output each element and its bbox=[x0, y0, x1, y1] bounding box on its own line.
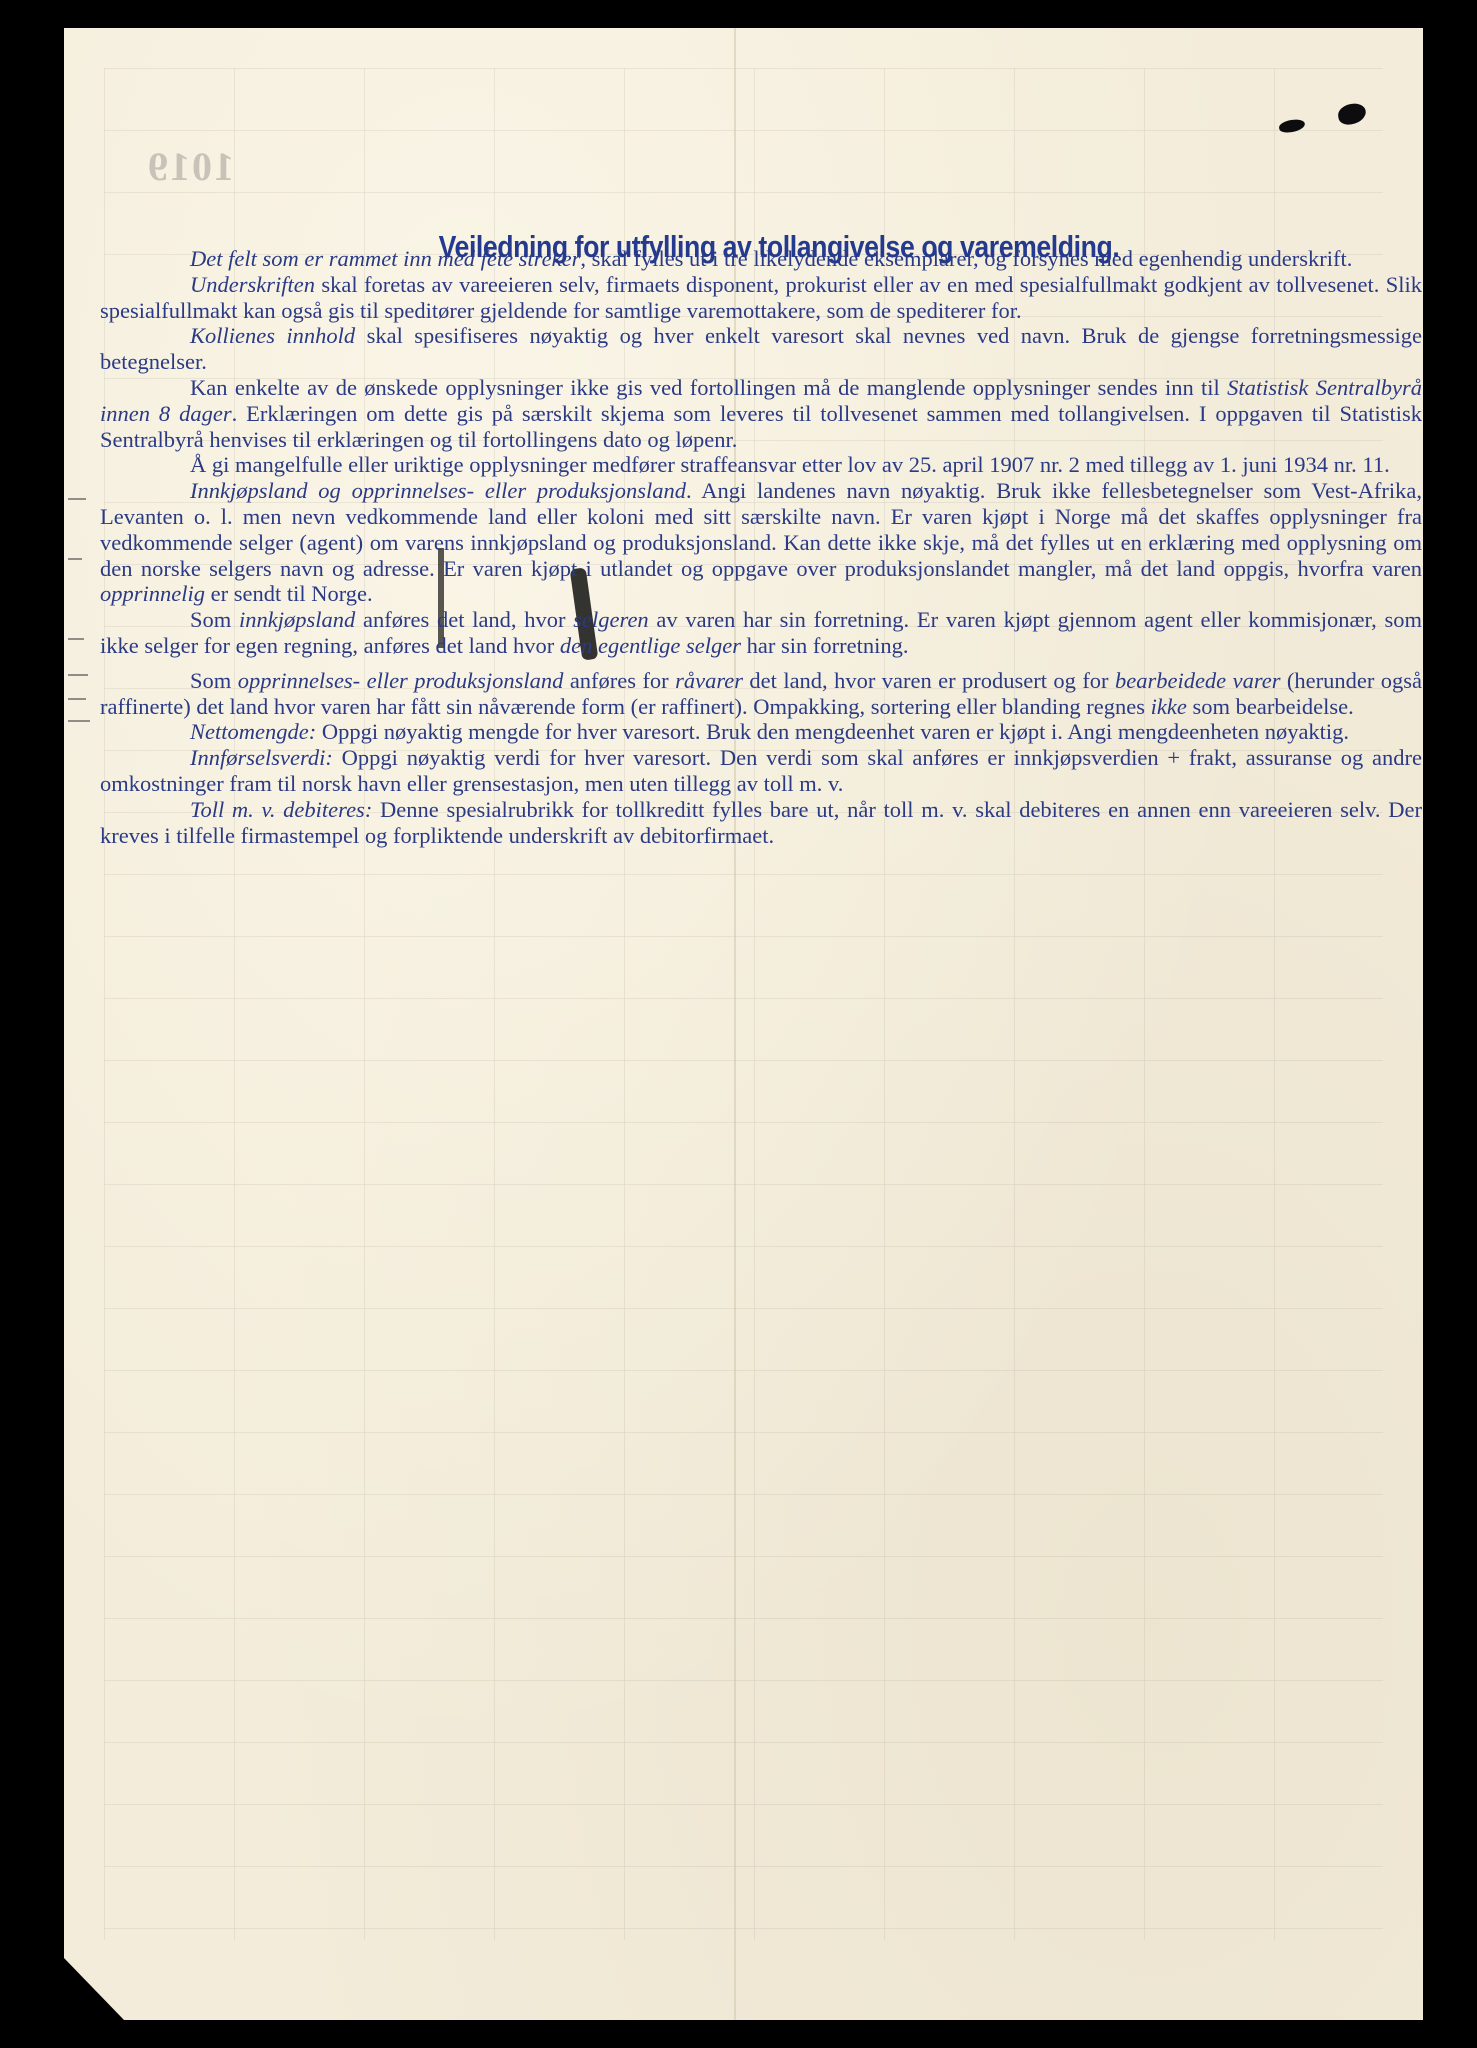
paragraph-package-contents: Kollienes innhold skal spesifiseres nøya… bbox=[100, 323, 1422, 375]
body-text: Som bbox=[190, 607, 239, 632]
body-text: Oppgi nøyaktig mengde for hver varesort.… bbox=[316, 719, 1349, 744]
emphasis-text: bearbeidede varer bbox=[1115, 668, 1281, 693]
body-text: det land, hvor varen er produsert og for bbox=[743, 668, 1115, 693]
emphasis-text: Underskriften bbox=[190, 272, 315, 297]
paragraph-purchase-country: Som innkjøpsland anføres det land, hvor … bbox=[100, 607, 1422, 659]
paragraph-signature-field: Det felt som er rammet inn med fete stre… bbox=[100, 246, 1422, 272]
emphasis-text: Innførselsverdi: bbox=[190, 745, 333, 770]
emphasis-text: selgeren bbox=[573, 607, 648, 632]
paragraph-missing-info: Kan enkelte av de ønskede opplysninger i… bbox=[100, 375, 1422, 452]
body-text: , skal fylles ut i tre likelydende eksem… bbox=[580, 246, 1352, 271]
emphasis-text: ikke bbox=[1151, 694, 1187, 719]
paragraph-duty-debit: Toll m. v. debiteres: Denne spesialrubri… bbox=[100, 797, 1422, 849]
left-edge-marks bbox=[68, 498, 98, 828]
body-text: er sendt til Norge. bbox=[205, 581, 373, 606]
emphasis-text: Toll m. v. debiteres: bbox=[190, 797, 372, 822]
ink-spot-icon bbox=[1336, 102, 1367, 127]
paragraph-countries: Innkjøpsland og opprinnelses- eller prod… bbox=[100, 478, 1422, 607]
paragraph-penalty: Å gi mangelfulle eller uriktige opplysni… bbox=[100, 452, 1422, 478]
body-text: Som bbox=[190, 668, 238, 693]
emphasis-text: innkjøpsland bbox=[239, 607, 355, 632]
emphasis-text: Det felt som er rammet inn med fete stre… bbox=[190, 246, 580, 271]
emphasis-text: den egentlige selger bbox=[560, 633, 741, 658]
paragraph-signature: Underskriften skal foretas av vareeieren… bbox=[100, 272, 1422, 324]
body-text: har sin forretning. bbox=[741, 633, 908, 658]
paragraph-origin-country: Som opprinnelses- eller produksjonsland … bbox=[100, 668, 1422, 720]
emphasis-text: Kollienes innhold bbox=[190, 323, 355, 348]
body-text: . Erklæringen om dette gis på særskilt s… bbox=[100, 401, 1422, 452]
body-text: som bearbeidelse. bbox=[1187, 694, 1354, 719]
body-text: Kan enkelte av de ønskede opplysninger i… bbox=[190, 375, 1227, 400]
ink-spot-icon bbox=[1278, 118, 1305, 134]
instructions-body: Det felt som er rammet inn med fete stre… bbox=[100, 246, 1422, 848]
emphasis-text: Innkjøpsland og opprinnelses- eller prod… bbox=[190, 478, 686, 503]
body-text: Å gi mangelfulle eller uriktige opplysni… bbox=[190, 452, 1390, 477]
body-text: anføres det land, hvor bbox=[355, 607, 573, 632]
document-page: 1019 Veiledning for utfylling av tollang… bbox=[64, 28, 1423, 2020]
bleed-through-form-number: 1019 bbox=[146, 143, 234, 190]
paragraph-import-value: Innførselsverdi: Oppgi nøyaktig verdi fo… bbox=[100, 745, 1422, 797]
emphasis-text: opprinnelig bbox=[100, 581, 205, 606]
body-text: anføres for bbox=[563, 668, 675, 693]
paragraph-net-quantity: Nettomengde: Oppgi nøyaktig mengde for h… bbox=[100, 719, 1422, 745]
emphasis-text: råvarer bbox=[675, 668, 743, 693]
emphasis-text: Nettomengde: bbox=[190, 719, 316, 744]
emphasis-text: opprinnelses- eller produksjonsland bbox=[238, 668, 564, 693]
